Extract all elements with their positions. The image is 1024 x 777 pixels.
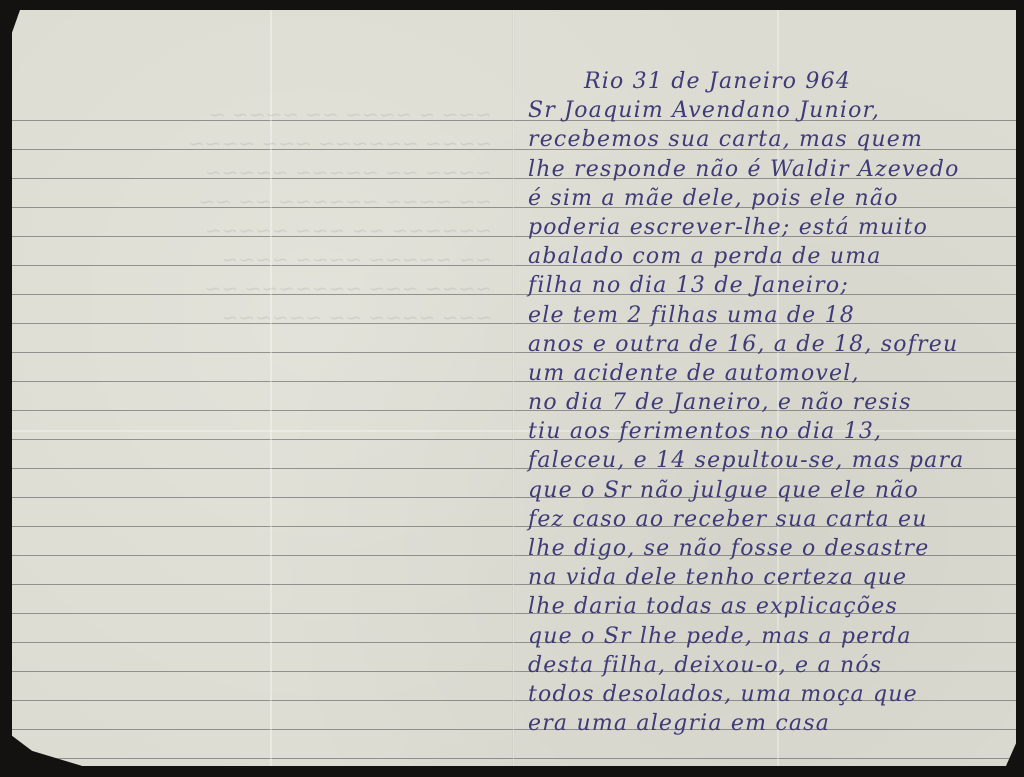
- letter-line: é sim a mãe dele, pois ele não: [528, 184, 1006, 213]
- letter-date: Rio 31 de Janeiro 964: [528, 67, 1006, 96]
- letter-line: um acidente de automovel,: [528, 359, 1006, 388]
- letter-line: lhe digo, se não fosse o desastre: [528, 534, 1006, 563]
- letter-line: recebemos sua carta, mas quem: [528, 125, 1006, 154]
- letter-line: anos e outra de 16, a de 18, sofreu: [528, 330, 1006, 359]
- letter-sheet: ~~~ ~ ~~~~ ~~ ~~~~ ~ ~~~~ ~~~~~~ ~~~ ~~~…: [12, 10, 1016, 766]
- letter-line: Sr Joaquim Avendano Junior,: [528, 96, 1006, 125]
- letter-line: que o Sr não julgue que ele não: [528, 476, 1006, 505]
- letter-line: era uma alegria em casa: [528, 709, 1006, 738]
- bleed-through-text: ~~~ ~ ~~~~ ~~ ~~~~ ~ ~~~~ ~~~~~~ ~~~ ~~~…: [52, 100, 492, 332]
- right-page: Rio 31 de Janeiro 964 Sr Joaquim Avendan…: [514, 10, 1016, 766]
- letter-line: poderia escrever-lhe; está muito: [528, 213, 1006, 242]
- letter-line: lhe responde não é Waldir Azevedo: [528, 155, 1006, 184]
- letter-line: filha no dia 13 de Janeiro;: [528, 271, 1006, 300]
- letter-line: desta filha, deixou-o, e a nós: [528, 651, 1006, 680]
- letter-line: faleceu, e 14 sepultou-se, mas para: [528, 446, 1006, 475]
- letter-line: todos desolados, uma moça que: [528, 680, 1006, 709]
- letter-line: lhe daria todas as explicações: [528, 592, 1006, 621]
- letter-line: no dia 7 de Janeiro, e não resis: [528, 388, 1006, 417]
- letter-line: tiu aos ferimentos no dia 13,: [528, 417, 1006, 446]
- letter-line: na vida dele tenho certeza que: [528, 563, 1006, 592]
- letter-line: abalado com a perda de uma: [528, 242, 1006, 271]
- left-page: ~~~ ~ ~~~~ ~~ ~~~~ ~ ~~~~ ~~~~~~ ~~~ ~~~…: [12, 10, 514, 766]
- letter-line: fez caso ao receber sua carta eu: [528, 505, 1006, 534]
- letter-body: Rio 31 de Janeiro 964 Sr Joaquim Avendan…: [528, 67, 1006, 738]
- letter-line: que o Sr lhe pede, mas a perda: [528, 622, 1006, 651]
- letter-line: ele tem 2 filhas uma de 18: [528, 301, 1006, 330]
